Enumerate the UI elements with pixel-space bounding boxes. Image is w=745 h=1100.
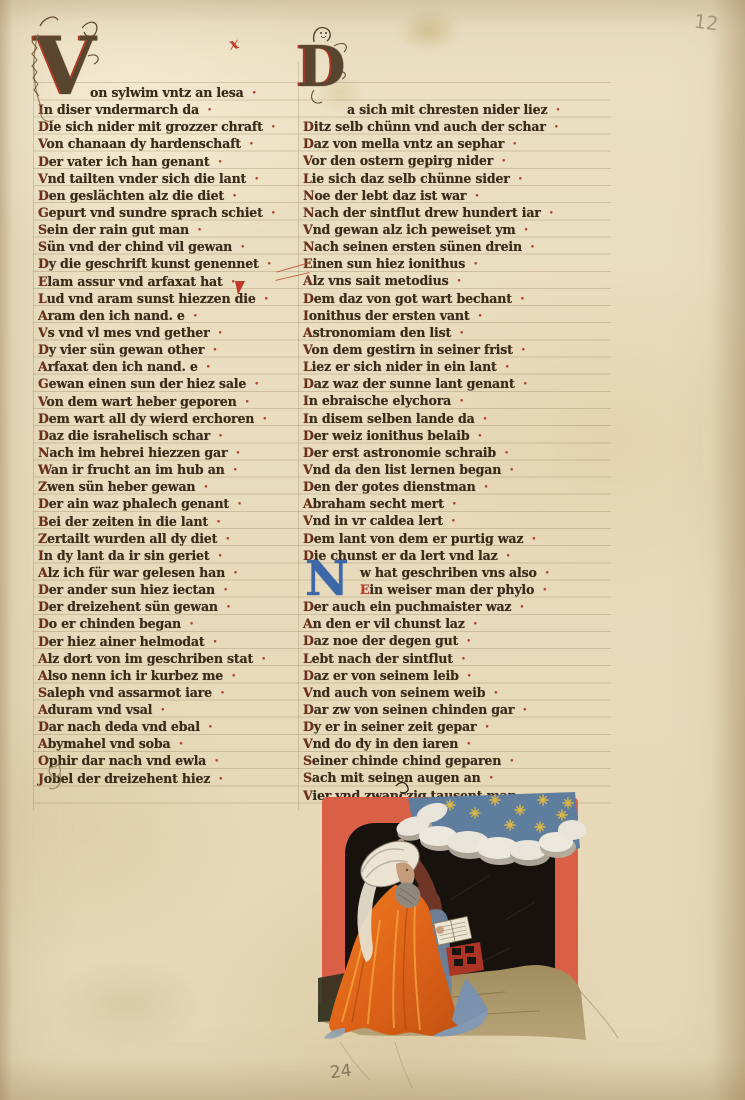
verse-line: Den der gotes dienstman — [303, 478, 597, 495]
manuscript-page: 12 x V D N on sylwim vntz an lesaIn dise… — [0, 0, 745, 1100]
astronomer-miniature — [300, 780, 620, 1100]
verse-line: Zertailt wurden all dy diet — [38, 530, 300, 547]
verse-line: Daz waz der sunne lant genant — [303, 375, 597, 392]
verse-line: Aram den ich nand. e — [38, 307, 300, 324]
verse-line: Dem lant von dem er purtig waz — [303, 530, 597, 547]
text-column-right: a sich mit chresten nider liezDitz selb … — [303, 101, 597, 804]
verse-line: Abymahel vnd soba — [38, 735, 300, 752]
verse-line: Ionithus der ersten vant — [303, 307, 597, 324]
verse-line: Zwen sün heber gewan — [38, 478, 300, 495]
verse-line: Dem daz von got wart bechant — [303, 290, 597, 307]
pencil-number: 24 — [329, 1061, 353, 1083]
verse-line: Do er chinden began — [38, 615, 300, 632]
verse-line: Vnd gewan alz ich peweiset ym — [303, 221, 597, 238]
red-caret-mark — [233, 279, 249, 297]
verse-line: Dar nach deda vnd ebal — [38, 718, 300, 735]
verse-line: Vor den ostern gepirg nider — [303, 152, 597, 169]
verse-line: An den er vil chunst laz — [303, 615, 597, 632]
penwork-flourish-icon — [24, 12, 104, 132]
verse-line: Lebt nach der sintflut — [303, 650, 597, 667]
verse-line: Noe der lebt daz ist war — [303, 187, 597, 204]
verse-line: Von chanaan dy hardenschaft — [38, 135, 300, 152]
verse-line: Gewan einen sun der hiez sale — [38, 375, 300, 392]
pen-curl-mark — [396, 782, 408, 792]
star-icon — [515, 805, 525, 815]
verse-line: Seiner chinde chind geparen — [303, 752, 597, 769]
verse-line: Sün vnd der chind vil gewan — [38, 238, 300, 255]
verse-line: Daz von mella vntz an sephar — [303, 135, 597, 152]
verse-line: Lie sich daz selb chünne sider — [303, 170, 597, 187]
verse-line: Vnd do dy in den iaren — [303, 735, 597, 752]
star-icon — [563, 798, 573, 808]
verse-line: Den geslächten alz die diet — [38, 187, 300, 204]
hand — [436, 926, 444, 934]
chapter-mark: x — [227, 33, 241, 54]
folio-number: 12 — [693, 11, 720, 36]
verse-line: Gepurt vnd sundre sprach schiet — [38, 204, 300, 221]
verse-line: Dar zw von seinen chinden gar — [303, 701, 597, 718]
verse-line: Vnd in vr caldea lert — [303, 512, 597, 529]
verse-line: Alz dort von im geschriben stat — [38, 650, 300, 667]
verse-line: Von dem gestirn in seiner frist — [303, 341, 597, 358]
verse-line: Nach im hebrei hiezzen gar — [38, 444, 300, 461]
verse-line: Abraham secht mert — [303, 495, 597, 512]
verse-line: Bei der zeiten in die lant — [38, 513, 300, 530]
verse-line: Vs vnd vl mes vnd gether — [38, 324, 300, 341]
verse-line: Aduram vnd vsal — [38, 701, 300, 718]
verse-line: Dem wart all dy wierd erchoren — [38, 410, 300, 427]
scratch-line — [581, 992, 618, 1038]
verse-line: Liez er sich nider in ein lant — [303, 358, 597, 375]
verse-line: Vnd tailten vnder sich die lant — [38, 170, 300, 187]
verse-line: Einen sun hiez ionithus — [303, 255, 597, 272]
verse-line: Nach der sintflut drew hundert iar — [303, 204, 597, 221]
verse-line: In ebraische elychora — [303, 392, 597, 409]
star-icon — [470, 808, 480, 818]
star-icon — [490, 795, 500, 805]
verse-line: Alz ich für war gelesen han — [38, 564, 300, 581]
lombard-initial-n: N — [305, 553, 349, 605]
verse-line: Der dreizehent sün gewan — [38, 598, 300, 615]
verse-line: Der ain waz phalech genant — [38, 495, 300, 512]
verse-line: Daz noe der degen gut — [303, 632, 597, 649]
margin-squiggle-icon — [44, 758, 80, 798]
verse-line: Dy vier sün gewan other — [38, 341, 300, 358]
star-icon — [535, 822, 545, 832]
verse-line: Der hiez ainer helmodat — [38, 633, 300, 650]
verse-line: Daz die israhelisch schar — [38, 427, 300, 444]
star-icon — [505, 820, 515, 830]
text-column-left: on sylwim vntz an lesaIn diser vndermarc… — [38, 84, 300, 787]
margin-rule-left — [33, 62, 34, 810]
verse-line: Arfaxat den ich nand. e — [38, 358, 300, 375]
verse-line: Also nenn ich ir kurbez me — [38, 667, 300, 684]
verse-line: Lud vnd aram sunst hiezzen die — [38, 290, 300, 307]
verse-line: Vnd auch von seinem weib — [303, 684, 597, 701]
verse-line: Dy er in seiner zeit gepar — [303, 718, 597, 735]
verse-line: Von dem wart heber geporen — [38, 393, 300, 410]
star-icon — [557, 810, 567, 820]
parchment-stain — [52, 960, 202, 1050]
verse-line: In disem selben lande da — [303, 410, 597, 427]
verse-line: Astronomiam den list — [303, 324, 597, 341]
parchment-stain — [398, 8, 460, 52]
verse-line: Der erst astronomie schraib — [303, 444, 597, 461]
verse-line: Der vater ich han genant — [38, 153, 300, 170]
eye — [406, 869, 408, 871]
verse-line: Elam assur vnd arfaxat hat — [38, 273, 300, 290]
verse-line: Der weiz ionithus belaib — [303, 427, 597, 444]
verse-line: Wan ir frucht an im hub an — [38, 461, 300, 478]
verse-line: Sein der rain gut man — [38, 221, 300, 238]
verse-line: Saleph vnd assarmot iare — [38, 684, 300, 701]
grotesque-face-flourish-icon — [290, 24, 360, 124]
verse-line: Vnd da den list lernen began — [303, 461, 597, 478]
verse-line: In dy lant da ir sin geriet — [38, 547, 300, 564]
verse-line: Dy die geschrift kunst genennet — [38, 255, 300, 272]
verse-line: Der ander sun hiez iectan — [38, 581, 300, 598]
verse-line: Alz vns sait metodius — [303, 272, 597, 289]
star-icon — [538, 795, 548, 805]
verse-line: Daz er von seinem leib — [303, 667, 597, 684]
verse-line: Nach seinen ersten sünen drein — [303, 238, 597, 255]
